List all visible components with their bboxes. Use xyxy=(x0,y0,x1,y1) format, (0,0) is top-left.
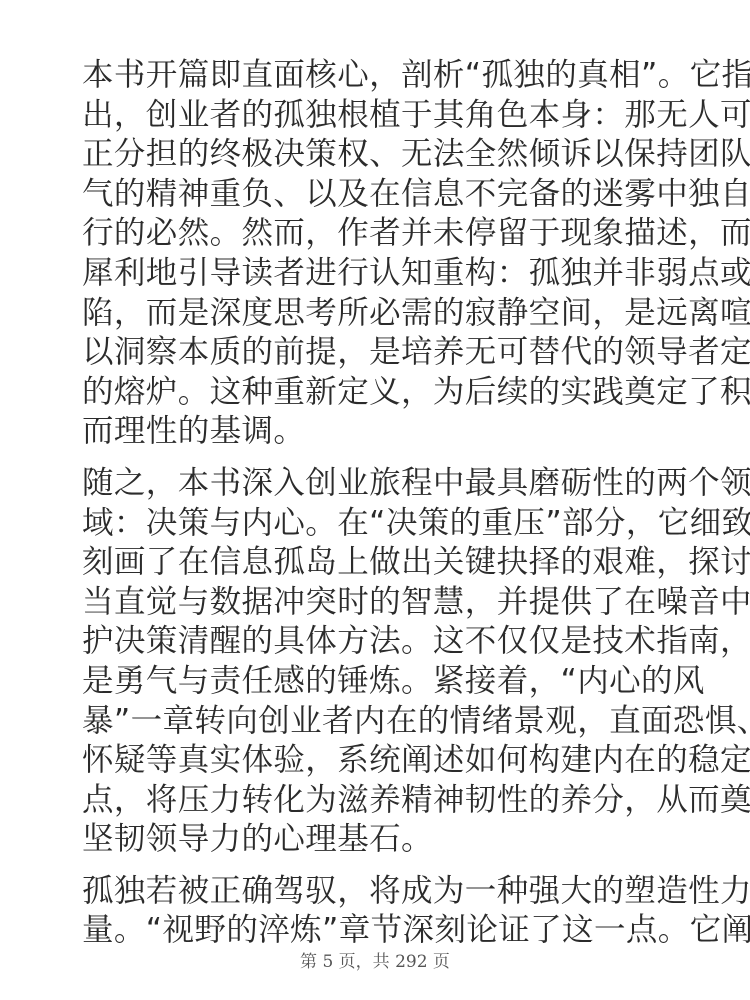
text-line: 的熔炉。这种重新定义，为后续的实践奠定了积极 xyxy=(82,373,672,413)
text-line: 暴”一章转向创业者内在的情绪景观，直面恐惧、 xyxy=(82,702,672,742)
text-line: 正分担的终极决策权、无法全然倾诉以保持团队士 xyxy=(82,135,672,175)
text-line: 域：决策与内心。在“决策的重压”部分，它细致 xyxy=(82,504,672,544)
paragraph-1: 本书开篇即直面核心，剖析“孤独的真相”。它指 出，创业者的孤独根植于其角色本身：… xyxy=(82,56,672,452)
text-line: 怀疑等真实体验，系统阐述如何构建内在的稳定锚 xyxy=(82,741,672,781)
text-line: 出，创业者的孤独根植于其角色本身：那无人可真 xyxy=(82,96,672,136)
text-line: 刻画了在信息孤岛上做出关键抉择的艰难，探讨了 xyxy=(82,543,672,583)
text-line: 点，将压力转化为滋养精神韧性的养分，从而奠定 xyxy=(82,781,672,821)
text-line: 孤独若被正确驾驭，将成为一种强大的塑造性力 xyxy=(82,872,672,912)
paragraph-2: 随之，本书深入创业旅程中最具磨砺性的两个领 域：决策与内心。在“决策的重压”部分… xyxy=(82,464,672,860)
text-line: 护决策清醒的具体方法。这不仅仅是技术指南，更 xyxy=(82,622,672,662)
text-line: 当直觉与数据冲突时的智慧，并提供了在噪音中守 xyxy=(82,583,672,623)
text-line: 随之，本书深入创业旅程中最具磨砺性的两个领 xyxy=(82,464,672,504)
text-line: 而理性的基调。 xyxy=(82,412,672,452)
document-page: 本书开篇即直面核心，剖析“孤独的真相”。它指 出，创业者的孤独根植于其角色本身：… xyxy=(0,0,750,1000)
text-line: 以洞察本质的前提，是培养无可替代的领导者定力 xyxy=(82,333,672,373)
paragraph-3: 孤独若被正确驾驭，将成为一种强大的塑造性力 量。“视野的淬炼”章节深刻论证了这一… xyxy=(82,872,672,951)
page-body: 本书开篇即直面核心，剖析“孤独的真相”。它指 出，创业者的孤独根植于其角色本身：… xyxy=(82,56,672,963)
text-line: 行的必然。然而，作者并未停留于现象描述，而是 xyxy=(82,214,672,254)
text-line: 本书开篇即直面核心，剖析“孤独的真相”。它指 xyxy=(82,56,672,96)
text-line: 是勇气与责任感的锤炼。紧接着，“内心的风 xyxy=(82,662,672,702)
text-line: 气的精神重负、以及在信息不完备的迷雾中独自前 xyxy=(82,175,672,215)
text-line: 量。“视野的淬炼”章节深刻论证了这一点。它阐 xyxy=(82,911,672,951)
page-number-footer: 第 5 页，共 292 页 xyxy=(0,950,750,974)
text-line: 陷，而是深度思考所必需的寂静空间，是远离喧嚣 xyxy=(82,294,672,334)
text-line: 坚韧领导力的心理基石。 xyxy=(82,820,672,860)
text-line: 犀利地引导读者进行认知重构：孤独并非弱点或缺 xyxy=(82,254,672,294)
